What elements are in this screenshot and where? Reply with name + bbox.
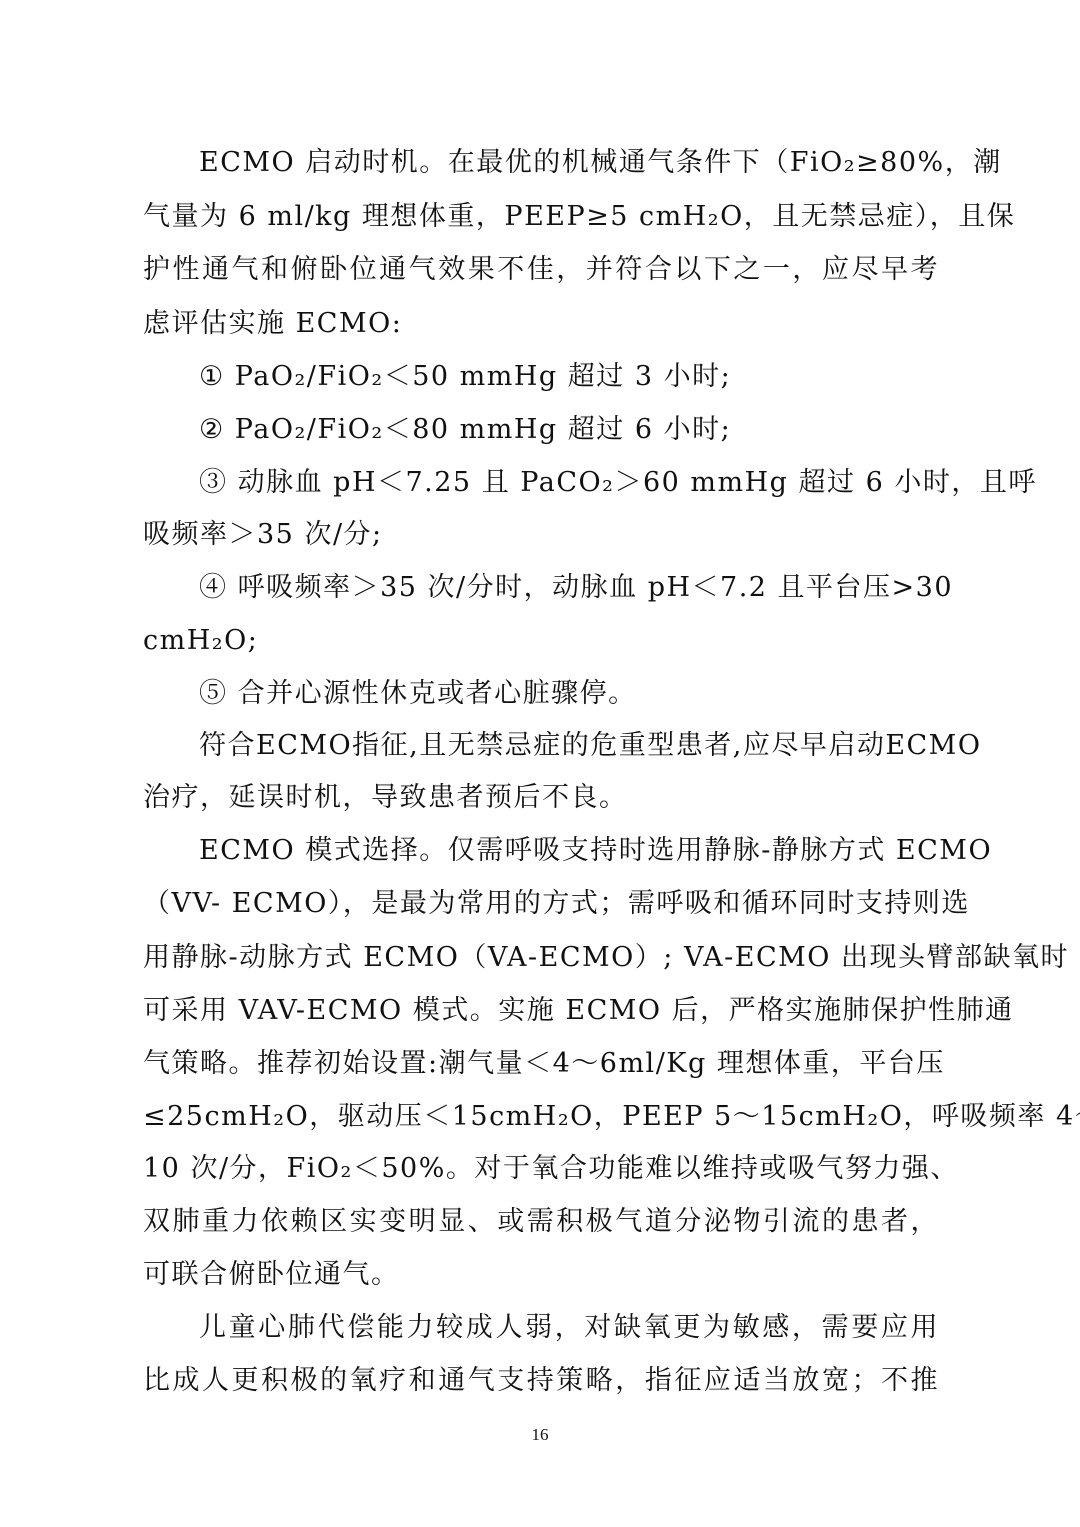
text-line: ⑤ 合并心源性休克或者心脏骤停。	[199, 667, 939, 720]
text-line: ② PaO₂/FiO₂＜80 mmHg 超过 6 小时;	[199, 403, 939, 456]
page-number: 16	[0, 1425, 1080, 1445]
text-line: 护性通气和俯卧位通气效果不佳，并符合以下之一，应尽早考	[143, 243, 939, 296]
text-line: 可联合俯卧位通气。	[143, 1248, 939, 1301]
text-line: 吸频率＞35 次/分;	[143, 508, 939, 561]
text-line: 儿童心肺代偿能力较成人弱，对缺氧更为敏感，需要应用	[199, 1301, 939, 1354]
text-line: ④ 呼吸频率＞35 次/分时，动脉血 pH＜7.2 且平台压>30	[199, 561, 939, 614]
text-line: 可采用 VAV-ECMO 模式。实施 ECMO 后，严格实施肺保护性肺通	[143, 984, 939, 1037]
text-line: ECMO 启动时机。在最优的机械通气条件下（FiO₂≥80%，潮	[199, 136, 939, 189]
text-line: ECMO 模式选择。仅需呼吸支持时选用静脉-静脉方式 ECMO	[199, 824, 939, 877]
text-line: ③ 动脉血 pH＜7.25 且 PaCO₂＞60 mmHg 超过 6 小时，且呼	[199, 456, 939, 509]
text-line: ≤25cmH₂O，驱动压＜15cmH₂O，PEEP 5～15cmH₂O，呼吸频率…	[143, 1090, 939, 1143]
text-line: ① PaO₂/FiO₂＜50 mmHg 超过 3 小时;	[199, 350, 939, 403]
text-line: 10 次/分，FiO₂＜50%。对于氧合功能难以维持或吸气努力强、	[143, 1142, 939, 1195]
text-line: 虑评估实施 ECMO:	[143, 297, 939, 350]
text-line: 气量为 6 ml/kg 理想体重，PEEP≥5 cmH₂O，且无禁忌症），且保	[143, 190, 939, 243]
text-line: 比成人更积极的氧疗和通气支持策略，指征应适当放宽；不推	[143, 1354, 939, 1407]
text-line: 双肺重力依赖区实变明显、或需积极气道分泌物引流的患者，	[143, 1195, 939, 1248]
text-line: cmH₂O;	[143, 614, 939, 667]
text-line: 符合ECMO指征,且无禁忌症的危重型患者,应尽早启动ECMO	[199, 719, 939, 772]
text-line: 气策略。推荐初始设置:潮气量＜4～6ml/Kg 理想体重，平台压	[143, 1037, 939, 1090]
text-line: 治疗，延误时机，导致患者预后不良。	[143, 771, 939, 824]
text-line: （VV- ECMO），是最为常用的方式；需呼吸和循环同时支持则选	[143, 877, 939, 930]
document-page: ECMO 启动时机。在最优的机械通气条件下（FiO₂≥80%，潮气量为 6 ml…	[0, 0, 1080, 1527]
text-line: 用静脉-动脉方式 ECMO（VA-ECMO）; VA-ECMO 出现头臂部缺氧时	[143, 931, 939, 984]
